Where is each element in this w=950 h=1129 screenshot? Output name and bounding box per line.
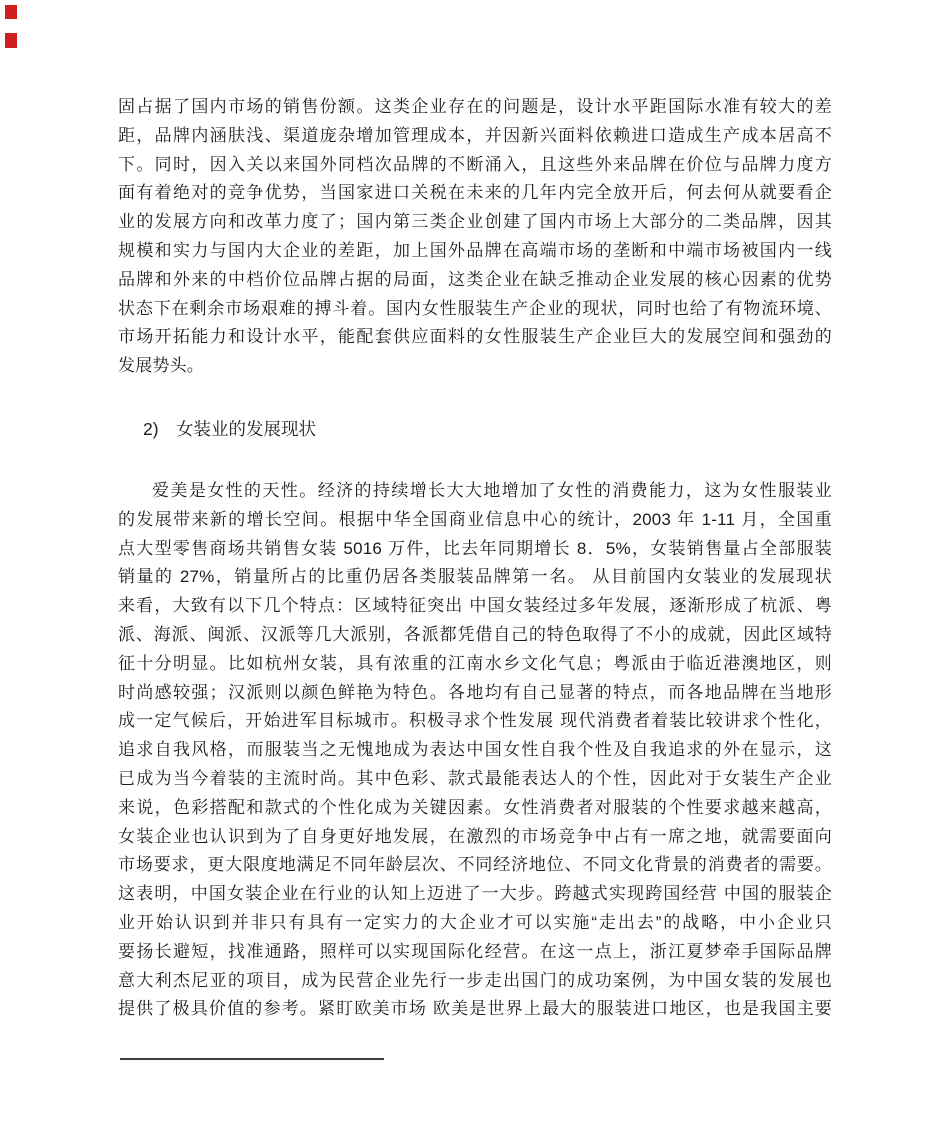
text-line: 提供了极具价值的参考。紧盯欧美市场 欧美是世界上最大的服装进口地区，也是我国主要 (118, 995, 832, 1024)
section-heading: 2) 女装业的发展现状 (118, 415, 832, 444)
text-line: 这表明，中国女装企业在行业的认知上迈进了一大步。跨越式实现跨国经营 中国的服装企 (118, 880, 832, 909)
text-line: 状态下在剩余市场艰难的搏斗着。国内女性服装生产企业的现状，同时也给了有物流环境、 (118, 295, 832, 324)
red-corner-mark-icon (5, 5, 17, 19)
text-line: 的发展带来新的增长空间。根据中华全国商业信息中心的统计，2003 年 1-11 … (118, 506, 832, 535)
text-line: 意大利杰尼亚的项目，成为民营企业先行一步走出国门的成功案例，为中国女装的发展也 (118, 967, 832, 996)
red-corner-mark-icon (5, 33, 17, 48)
text-line: 成一定气候后，开始进军目标城市。积极寻求个性发展 现代消费者着装比较讲求个性化， (118, 707, 832, 736)
text-line: 距，品牌内涵肤浅、渠道庞杂增加管理成本，并因新兴面料依赖进口造成生产成本居高不 (118, 122, 832, 151)
text-line: 市场要求，更大限度地满足不同年龄层次、不同经济地位、不同文化背景的消费者的需要。 (118, 851, 832, 880)
paragraph-continued: 固占据了国内市场的销售份额。这类企业存在的问题是，设计水平距国际水准有较大的差 … (118, 93, 832, 381)
text-line: 规模和实力与国内大企业的差距，加上国外品牌在高端市场的垄断和中端市场被国内一线 (118, 237, 832, 266)
text-line: 追求自我风格，而服装当之无愧地成为表达中国女性自我个性及自我追求的外在显示，这 (118, 736, 832, 765)
text-line: 品牌和外来的中档价位品牌占据的局面，这类企业在缺乏推动企业发展的核心因素的优势 (118, 266, 832, 295)
text-line: 爱美是女性的天性。经济的持续增长大大地增加了女性的消费能力，这为女性服装业 (118, 477, 832, 506)
text-line: 已成为当今着装的主流时尚。其中色彩、款式最能表达人的个性，因此对于女装生产企业 (118, 765, 832, 794)
text-line: 来说，色彩搭配和款式的个性化成为关键因素。女性消费者对服装的个性要求越来越高， (118, 794, 832, 823)
text-line: 征十分明显。比如杭州女装，具有浓重的江南水乡文化气息；粤派由于临近港澳地区，则 (118, 650, 832, 679)
text-line: 市场开拓能力和设计水平，能配套供应面料的女性服装生产企业巨大的发展空间和强劲的 (118, 323, 832, 352)
text-line: 业的发展方向和改革力度了；国内第三类企业创建了国内市场上大部分的二类品牌，因其 (118, 208, 832, 237)
text-line: 销量的 27%，销量所占的比重仍居各类服装品牌第一名。 从目前国内女装业的发展现… (118, 563, 832, 592)
text-line: 派、海派、闽派、汉派等几大派别，各派都凭借自己的特色取得了不小的成就，因此区域特 (118, 621, 832, 650)
text-line: 时尚感较强；汉派则以颜色鲜艳为特色。各地均有自己显著的特点，而各地品牌在当地形 (118, 679, 832, 708)
text-line: 固占据了国内市场的销售份额。这类企业存在的问题是，设计水平距国际水准有较大的差 (118, 93, 832, 122)
text-line: 来看，大致有以下几个特点：区域特征突出 中国女装经过多年发展，逐渐形成了杭派、粤 (118, 592, 832, 621)
paragraph-development-status: 爱美是女性的天性。经济的持续增长大大地增加了女性的消费能力，这为女性服装业 的发… (118, 477, 832, 1024)
text-line: 业开始认识到并非只有具有一定实力的大企业才可以实施“走出去”的战略，中小企业只 (118, 909, 832, 938)
text-line: 女装企业也认识到为了自身更好地发展，在激烈的市场竞争中占有一席之地，就需要面向 (118, 823, 832, 852)
text-line: 下。同时，因入关以来国外同档次品牌的不断涌入，且这些外来品牌在价位与品牌力度方 (118, 151, 832, 180)
document-page: 固占据了国内市场的销售份额。这类企业存在的问题是，设计水平距国际水准有较大的差 … (0, 0, 950, 1129)
text-line: 面有着绝对的竞争优势，当国家进口关税在未来的几年内完全放开后，何去何从就要看企 (118, 179, 832, 208)
footnote-separator-rule (120, 1058, 384, 1060)
text-line: 要扬长避短，找准通路，照样可以实现国际化经营。在这一点上，浙江夏梦牵手国际品牌 (118, 938, 832, 967)
text-line: 发展势头。 (118, 352, 832, 381)
text-line: 点大型零售商场共销售女装 5016 万件，比去年同期增长 8．5%，女装销售量占… (118, 535, 832, 564)
